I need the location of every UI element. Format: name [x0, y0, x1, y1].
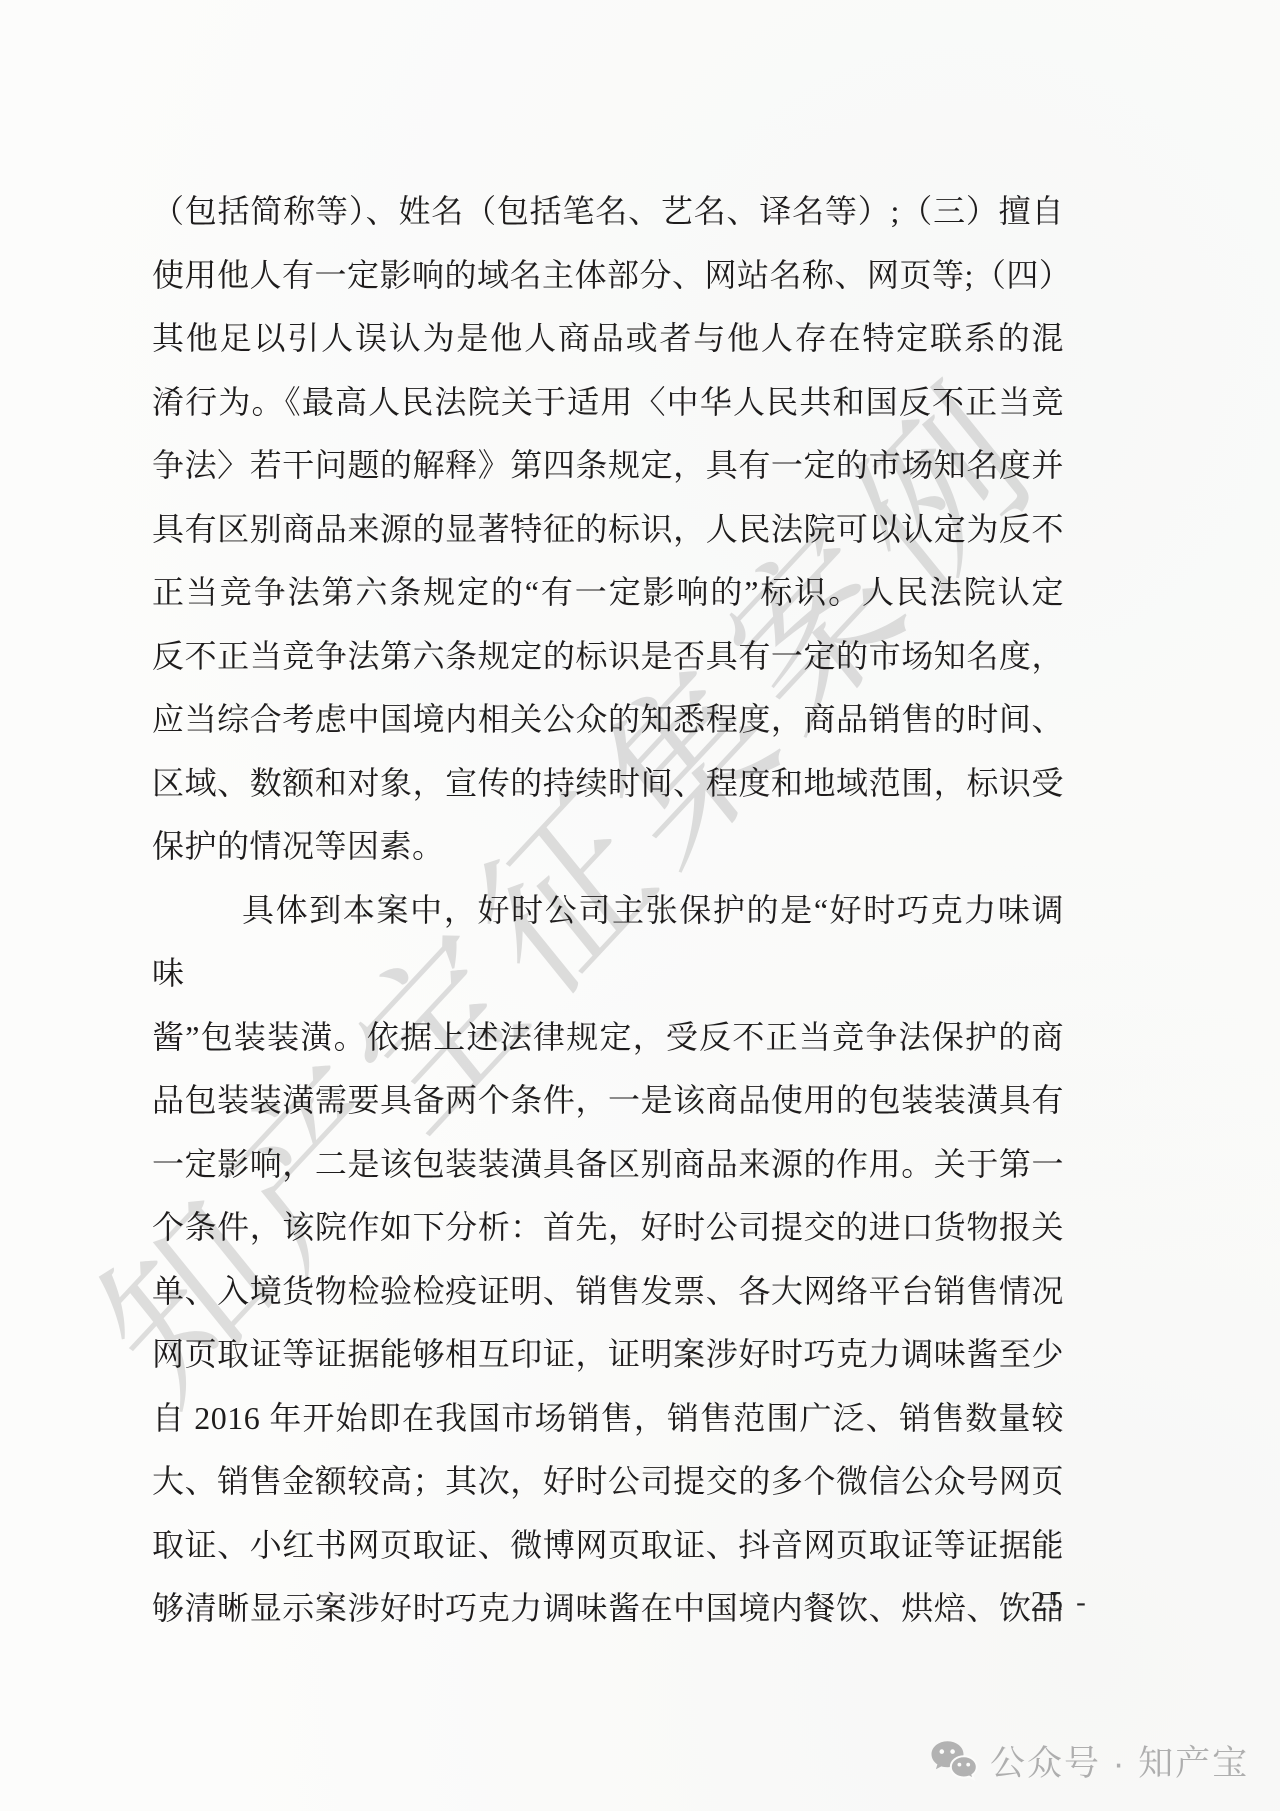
document-line: 淆行为。《最高人民法院关于适用〈中华人民共和国反不正当竞: [152, 371, 1064, 435]
document-line: 一定影响，二是该包装装潢具备区别商品来源的作用。关于第一: [152, 1133, 1064, 1197]
document-line: 酱”包装装潢。依据上述法律规定，受反不正当竞争法保护的商: [152, 1006, 1064, 1070]
document-line: 品包装装潢需要具备两个条件，一是该商品使用的包装装潢具有: [152, 1069, 1064, 1133]
document-body: （包括简称等）、姓名（包括笔名、艺名、译名等）;（三）擅自使用他人有一定影响的域…: [152, 180, 1064, 1641]
document-line: 应当综合考虑中国境内相关公众的知悉程度，商品销售的时间、: [152, 688, 1064, 752]
document-line: 自 2016 年开始即在我国市场销售，销售范围广泛、销售数量较: [152, 1387, 1064, 1451]
document-line: 使用他人有一定影响的域名主体部分、网站名称、网页等;（四）: [152, 244, 1064, 308]
document-line: 个条件，该院作如下分析：首先，好时公司提交的进口货物报关: [152, 1196, 1064, 1260]
document-line: （包括简称等）、姓名（包括笔名、艺名、译名等）;（三）擅自: [152, 180, 1064, 244]
wechat-icon: [930, 1740, 978, 1782]
document-line: 争法〉若干问题的解释》第四条规定，具有一定的市场知名度并: [152, 434, 1064, 498]
document-line: 大、销售金额较高；其次，好时公司提交的多个微信公众号网页: [152, 1450, 1064, 1514]
document-line: 网页取证等证据能够相互印证，证明案涉好时巧克力调味酱至少: [152, 1323, 1064, 1387]
page-number: - 25 -: [1008, 1586, 1089, 1619]
document-line: 反不正当竞争法第六条规定的标识是否具有一定的市场知名度，: [152, 625, 1064, 689]
document-line: 具有区别商品来源的显著特征的标识，人民法院可以认定为反不: [152, 498, 1064, 562]
document-line: 区域、数额和对象，宣传的持续时间、程度和地域范围，标识受: [152, 752, 1064, 816]
document-line: 取证、小红书网页取证、微博网页取证、抖音网页取证等证据能: [152, 1514, 1064, 1578]
document-line: 单、入境货物检验检疫证明、销售发票、各大网络平台销售情况: [152, 1260, 1064, 1324]
footer: 公众号 · 知产宝: [930, 1736, 1249, 1786]
document-line: 够清晰显示案涉好时巧克力调味酱在中国境内餐饮、烘焙、饮品: [152, 1577, 1064, 1641]
scanned-document-page: 知产宝征集案例 （包括简称等）、姓名（包括笔名、艺名、译名等）;（三）擅自使用他…: [0, 0, 1280, 1811]
document-line: 其他足以引人误认为是他人商品或者与他人存在特定联系的混: [152, 307, 1064, 371]
document-line: 正当竞争法第六条规定的“有一定影响的”标识。人民法院认定: [152, 561, 1064, 625]
footer-label: 公众号 · 知产宝: [990, 1736, 1249, 1786]
document-line: 保护的情况等因素。: [152, 815, 1064, 879]
document-line: 具体到本案中，好时公司主张保护的是“好时巧克力味调味: [152, 879, 1064, 1006]
